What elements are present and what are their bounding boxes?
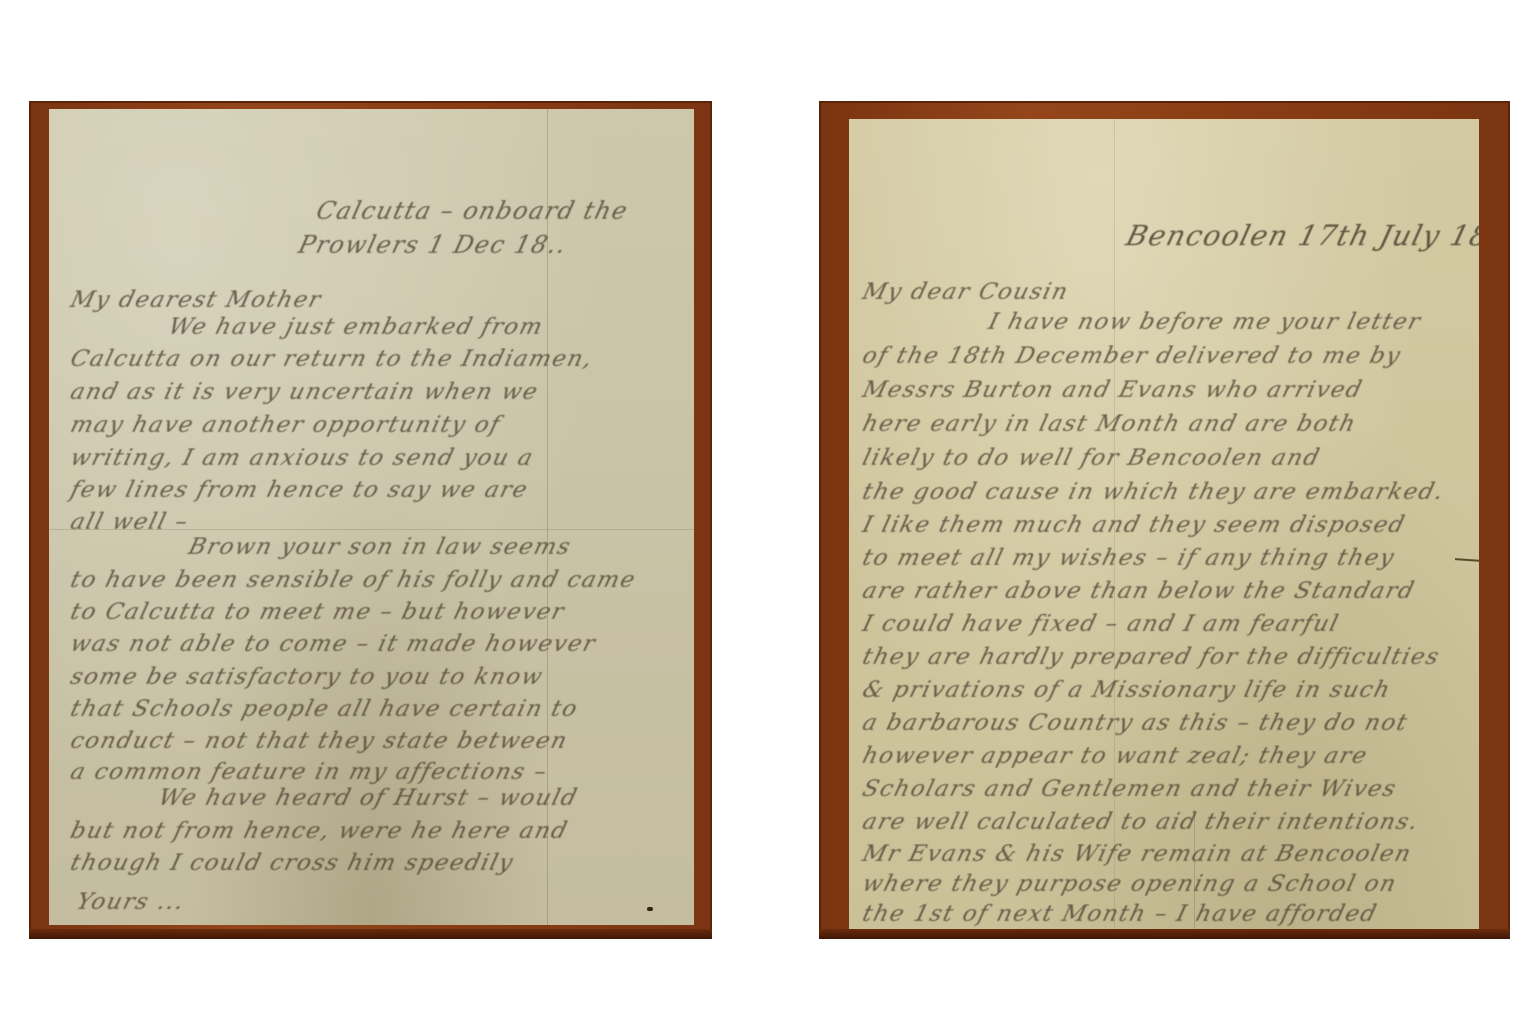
letter-left-line: was not able to come – it made however bbox=[68, 631, 599, 657]
letter-left-paper: Calcutta – onboard the Prowlers 1 Dec 18… bbox=[49, 109, 694, 925]
letter-right-salutation: My dear Cousin bbox=[860, 279, 1072, 305]
letter-right-line: I like them much and they seem disposed bbox=[860, 512, 1409, 538]
letter-left-line: writing, I am anxious to send you a bbox=[68, 445, 537, 471]
letter-right-line: Mr Evans & his Wife remain at Bencoolen bbox=[860, 841, 1415, 867]
letter-left-line: some be satisfactory to you to know bbox=[68, 664, 546, 690]
letter-left-line: all well – bbox=[68, 509, 192, 535]
letter-right-line: they are hardly prepared for the difficu… bbox=[860, 644, 1443, 670]
letter-right-line: I have now before me your letter bbox=[986, 309, 1424, 335]
letter-right-line: Scholars and Gentlemen and their Wives bbox=[860, 776, 1400, 802]
letter-right-line: Messrs Burton and Evans who arrived bbox=[860, 377, 1366, 403]
letter-left-line: Calcutta on our return to the Indiamen, bbox=[68, 346, 596, 372]
letter-right-line: where they purpose opening a School on bbox=[860, 871, 1400, 897]
letter-right-heading: Bencoolen 17th July 1820 bbox=[1123, 219, 1479, 252]
letter-left-line: few lines from hence to say we are bbox=[68, 477, 532, 503]
letter-left-heading-2: Prowlers 1 Dec 18.. bbox=[296, 231, 571, 259]
letter-left-heading-1: Calcutta – onboard the bbox=[314, 197, 632, 225]
letter-left-line: to Calcutta to meet me – but however bbox=[68, 599, 568, 625]
letter-right-line: are well calculated to aid their intenti… bbox=[860, 809, 1422, 835]
letter-left-line: that Schools people all have certain to bbox=[68, 696, 581, 722]
letter-right-line: a barbarous Country as this – they do no… bbox=[860, 710, 1411, 736]
letter-left-line: may have another opportunity of bbox=[68, 412, 504, 438]
letter-left-salutation: My dearest Mother bbox=[68, 287, 325, 313]
letter-right-line: I could have fixed – and I am fearful bbox=[860, 611, 1342, 637]
ink-blot bbox=[647, 907, 653, 911]
letter-right-line: however appear to want zeal; they are bbox=[860, 743, 1371, 769]
letter-left-signature: Yours ... bbox=[74, 889, 188, 915]
letter-right-line: to meet all my wishes – if any thing the… bbox=[860, 545, 1398, 571]
paper-tear bbox=[1455, 558, 1479, 562]
letter-left-line: We have heard of Hurst – would bbox=[156, 785, 581, 811]
letter-left-line: We have just embarked from bbox=[166, 314, 547, 340]
letter-right-line: the 1st of next Month – I have afforded bbox=[860, 901, 1380, 927]
letter-right-paper: Bencoolen 17th July 1820 My dear Cousin … bbox=[849, 119, 1479, 933]
letter-right-line: & privations of a Missionary life in suc… bbox=[860, 677, 1394, 703]
letter-right-board: Bencoolen 17th July 1820 My dear Cousin … bbox=[819, 101, 1510, 939]
letter-left-line: but not from hence, were he here and bbox=[68, 818, 571, 844]
letter-left-line: conduct – not that they state between bbox=[68, 728, 571, 754]
letter-right-line: likely to do well for Bencoolen and bbox=[860, 445, 1323, 471]
letter-left-board: Calcutta – onboard the Prowlers 1 Dec 18… bbox=[29, 101, 712, 939]
letter-left-line: though I could cross him speedily bbox=[68, 850, 517, 876]
letter-left-line: Brown your son in law seems bbox=[186, 534, 574, 560]
letter-left-line: to have been sensible of his folly and c… bbox=[68, 567, 639, 593]
letter-right-line: the good cause in which they are embarke… bbox=[860, 479, 1447, 505]
letter-left-line: a common feature in my affections – bbox=[68, 759, 551, 785]
letter-right-line: here early in last Month and are both bbox=[860, 411, 1360, 437]
letter-right-line: of the 18th December delivered to me by bbox=[860, 343, 1404, 369]
letter-left-line: and as it is very uncertain when we bbox=[68, 379, 542, 405]
letter-right-line: are rather above than below the Standard bbox=[860, 578, 1418, 604]
